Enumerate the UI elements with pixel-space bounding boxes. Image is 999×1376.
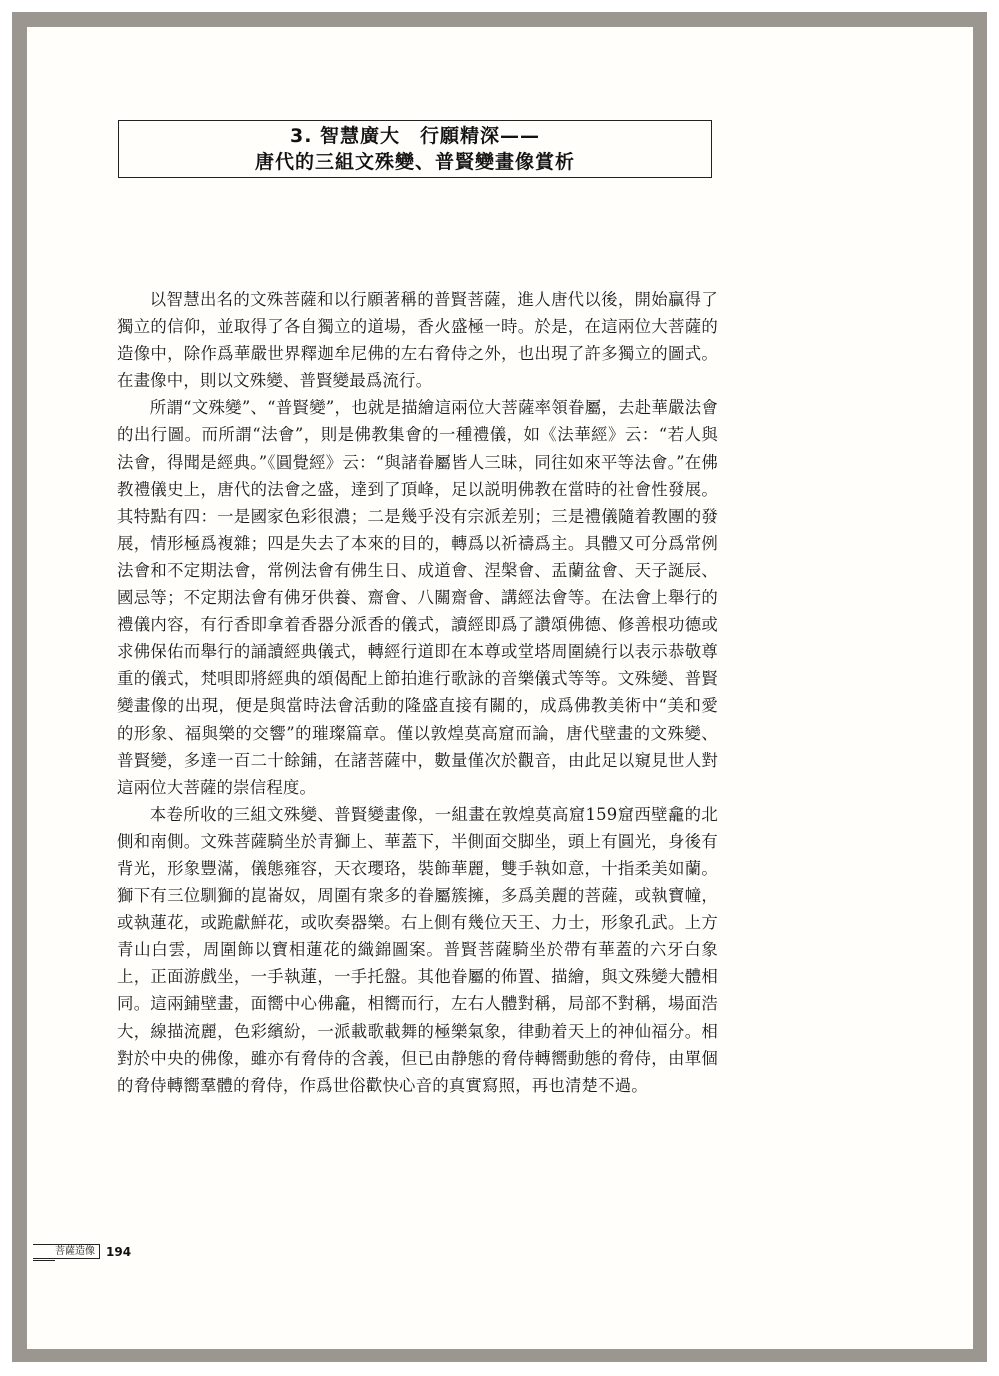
paragraph: 以智慧出名的文殊菩薩和以行願著稱的普賢菩薩，進人唐代以後，開始贏得了獨立的信仰，… [117,286,718,394]
footer-section-label: 菩薩造像 [33,1244,100,1259]
body-text: 以智慧出名的文殊菩薩和以行願著稱的普賢菩薩，進人唐代以後，開始贏得了獨立的信仰，… [117,286,718,1099]
page-footer: 菩薩造像 194 [33,1244,131,1259]
paragraph: 所謂“文殊變”、“普賢變”，也就是描繪這兩位大菩薩率領眷屬，去赴華嚴法會的出行圖… [117,394,718,800]
section-title-line-1: 3. 智慧廣大 行願精深—— [119,123,711,149]
section-title-line-2: 唐代的三組文殊變、普賢變畫像賞析 [119,149,711,175]
section-title-box: 3. 智慧廣大 行願精深—— 唐代的三組文殊變、普賢變畫像賞析 [118,120,712,178]
page-number: 194 [106,1245,131,1259]
paragraph: 本卷所收的三組文殊變、普賢變畫像，一組畫在敦煌莫高窟159窟西壁龕的北側和南側。… [117,801,718,1099]
